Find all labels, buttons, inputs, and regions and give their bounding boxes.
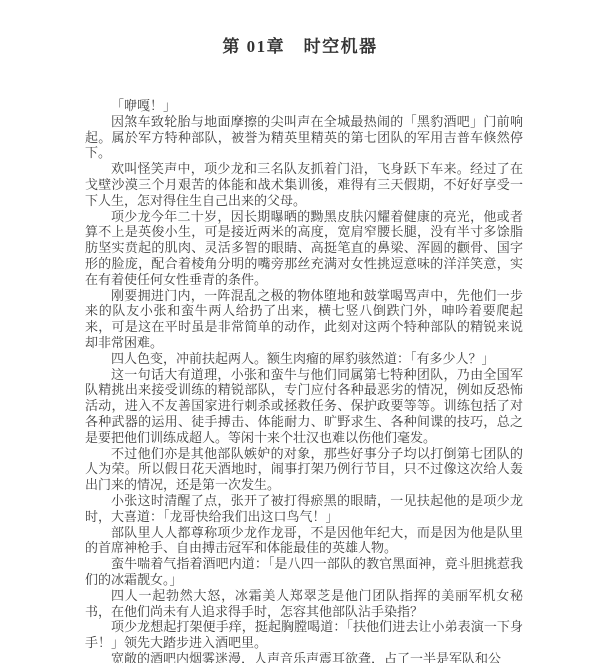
chapter-title: 第 01章 时空机器 [0,0,600,57]
paragraph: 小张这时清醒了点，张开了被打得瘀黑的眼睛，一见扶起他的是项少龙时，大喜道：「龙哥… [85,493,523,525]
paragraph: 刚要拥进门内，一阵混乱之极的物体堕地和鼓掌喝骂声中，先他们一步来的队友小张和蛮牛… [85,288,523,351]
paragraph: 蛮牛喘着气指着酒吧内道：「是八四一部队的教官黑面神，竟斗胆挑惹我们的冰霜靓女。」 [85,556,523,588]
paragraph: 部队里人人都尊称项少龙作龙哥，不是因他年纪大，而是因为他是队里的首席神枪手、自由… [85,525,523,557]
paragraph: 项少龙想起打架便手痒，挺起胸膛喝道：「扶他们进去让小弟表演一下身手！」领先大踏步… [85,619,523,651]
paragraph: 不过他们亦是其他部队嫉妒的对象，那些好事分子均以打倒第七团队的人为荣。所以假日花… [85,446,523,493]
chapter-content: 「咿嘎！」因煞车致轮胎与地面摩擦的尖叫声在全城最热闹的「黑豹酒吧」门前响起。属於… [85,98,523,663]
paragraph: 四人色变，冲前扶起两人。额生肉瘤的犀豹骇然道：「有多少人？」 [85,351,523,367]
paragraph: 这一句话大有道理，小张和蛮牛与他们同属第七特种团队，乃由全国军队精挑出来接受训练… [85,367,523,446]
book-page: 第 01章 时空机器 「咿嘎！」因煞车致轮胎与地面摩擦的尖叫声在全城最热闹的「黑… [0,0,600,663]
paragraph: 项少龙今年二十岁，因长期曝晒的黝黑皮肤闪耀着健康的亮光，他或者算不上是英俊小生，… [85,209,523,288]
paragraph: 宽敞的酒吧内烟雾迷漫，人声音乐声震耳欲聋，占了一半是军队和公 [85,651,523,663]
paragraph: 因煞车致轮胎与地面摩擦的尖叫声在全城最热闹的「黑豹酒吧」门前响起。属於军方特种部… [85,114,523,161]
paragraph: 「咿嘎！」 [85,98,523,114]
paragraph: 四人一起勃然大怒，冰霜美人郑翠芝是他门团队指挥的美丽军机女秘书，在他们尚未有人追… [85,588,523,620]
paragraph: 欢叫怪笑声中，项少龙和三名队友抓着门沿，飞身跃下车来。经过了在戈壁沙漠三个月艰苦… [85,161,523,208]
